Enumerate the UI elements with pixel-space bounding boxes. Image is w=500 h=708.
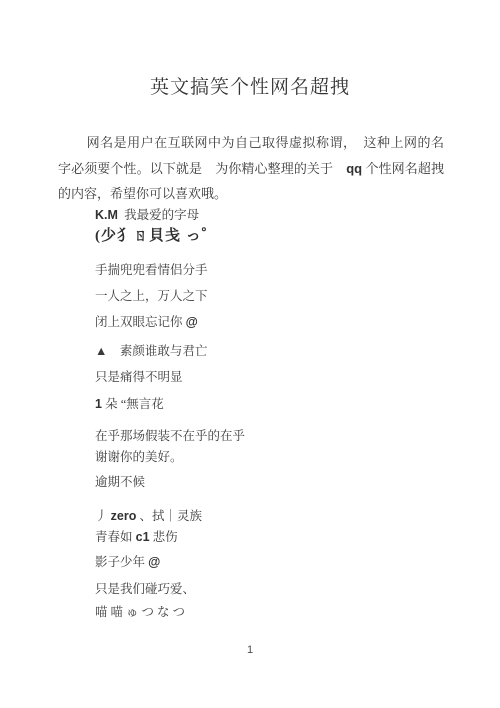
nickname-pre: 一人之上，万人之下	[95, 289, 208, 303]
nickname-line: 喵喵ゅつなつ	[95, 604, 188, 621]
nickname-line: 在乎那场假装不在乎的在乎	[95, 428, 245, 445]
nickname-line: 只是我们碰巧爱、	[95, 581, 195, 598]
nickname-pre: 只是我们碰巧爱、	[95, 582, 195, 596]
nickname-post: 、拭｜灵族	[136, 509, 202, 523]
nickname-line: 只是痛得不明显	[95, 369, 183, 386]
nickname-pre: 手揣兜兜看情侣分手	[95, 263, 208, 277]
nickname-latin: K.M	[95, 208, 118, 222]
nickname-pre: (少犭ㄖ貝戋 っ゜	[95, 228, 218, 244]
nickname-line: 一人之上，万人之下	[95, 288, 208, 305]
page-title: 英文搞笑个性网名超拽	[0, 72, 500, 99]
at-sign: @	[148, 555, 160, 569]
nickname-line: 逾期不候	[95, 474, 145, 491]
nickname-line: 影子少年 @	[95, 554, 160, 571]
nickname-line-km: K.M 我最爱的字母	[95, 207, 199, 224]
nickname-pre: 谢谢你的美好。	[95, 450, 183, 464]
nickname-pre: 青春如	[95, 530, 136, 544]
nickname-line: 谢谢你的美好。	[95, 449, 183, 466]
nickname-pre: 逾期不候	[95, 475, 145, 489]
nickname-line-triangle: ▲ 素颜谁敢与君亡	[95, 343, 207, 360]
at-sign: @	[186, 315, 198, 329]
page-number: 1	[0, 644, 500, 656]
nickname-post: 悲伤	[150, 530, 178, 544]
nickname-latin: 1	[95, 397, 102, 411]
nickname-line-zero: 丿 zero 、拭｜灵族	[95, 508, 202, 525]
nickname-line: 手揣兜兜看情侣分手	[95, 262, 208, 279]
nickname-line: 闭上双眼忘记你 @	[95, 314, 198, 331]
intro-latin-qq: qq	[346, 161, 362, 176]
nickname-line: 青春如 c1 悲伤	[95, 529, 178, 546]
intro-paragraph: 网名是用户在互联网中为自己取得虚拟称谓， 这种上网的名字必须要个性。以下就是 为…	[58, 130, 444, 207]
nickname-line: 1 朵 “無言花	[95, 396, 164, 413]
nickname-pre: 闭上双眼忘记你	[95, 315, 186, 329]
nickname-pre: 影子少年	[95, 555, 148, 569]
nickname-pre: 在乎那场假装不在乎的在乎	[95, 429, 245, 443]
nickname-post: 我最爱的字母	[118, 208, 199, 222]
triangle-icon-and-text: ▲ 素颜谁敢与君亡	[95, 344, 207, 358]
nickname-latin: zero	[111, 509, 137, 523]
document-page: 英文搞笑个性网名超拽 网名是用户在互联网中为自己取得虚拟称谓， 这种上网的名字必…	[0, 0, 500, 708]
nickname-latin: c1	[136, 530, 150, 544]
nickname-line-stylized: (少犭ㄖ貝戋 っ゜	[95, 228, 218, 245]
nickname-pre: 只是痛得不明显	[95, 370, 183, 384]
nickname-pre: 丿	[95, 509, 111, 523]
nickname-post: 朵 “無言花	[102, 397, 164, 411]
nickname-pre: 喵喵ゅつなつ	[95, 605, 188, 619]
